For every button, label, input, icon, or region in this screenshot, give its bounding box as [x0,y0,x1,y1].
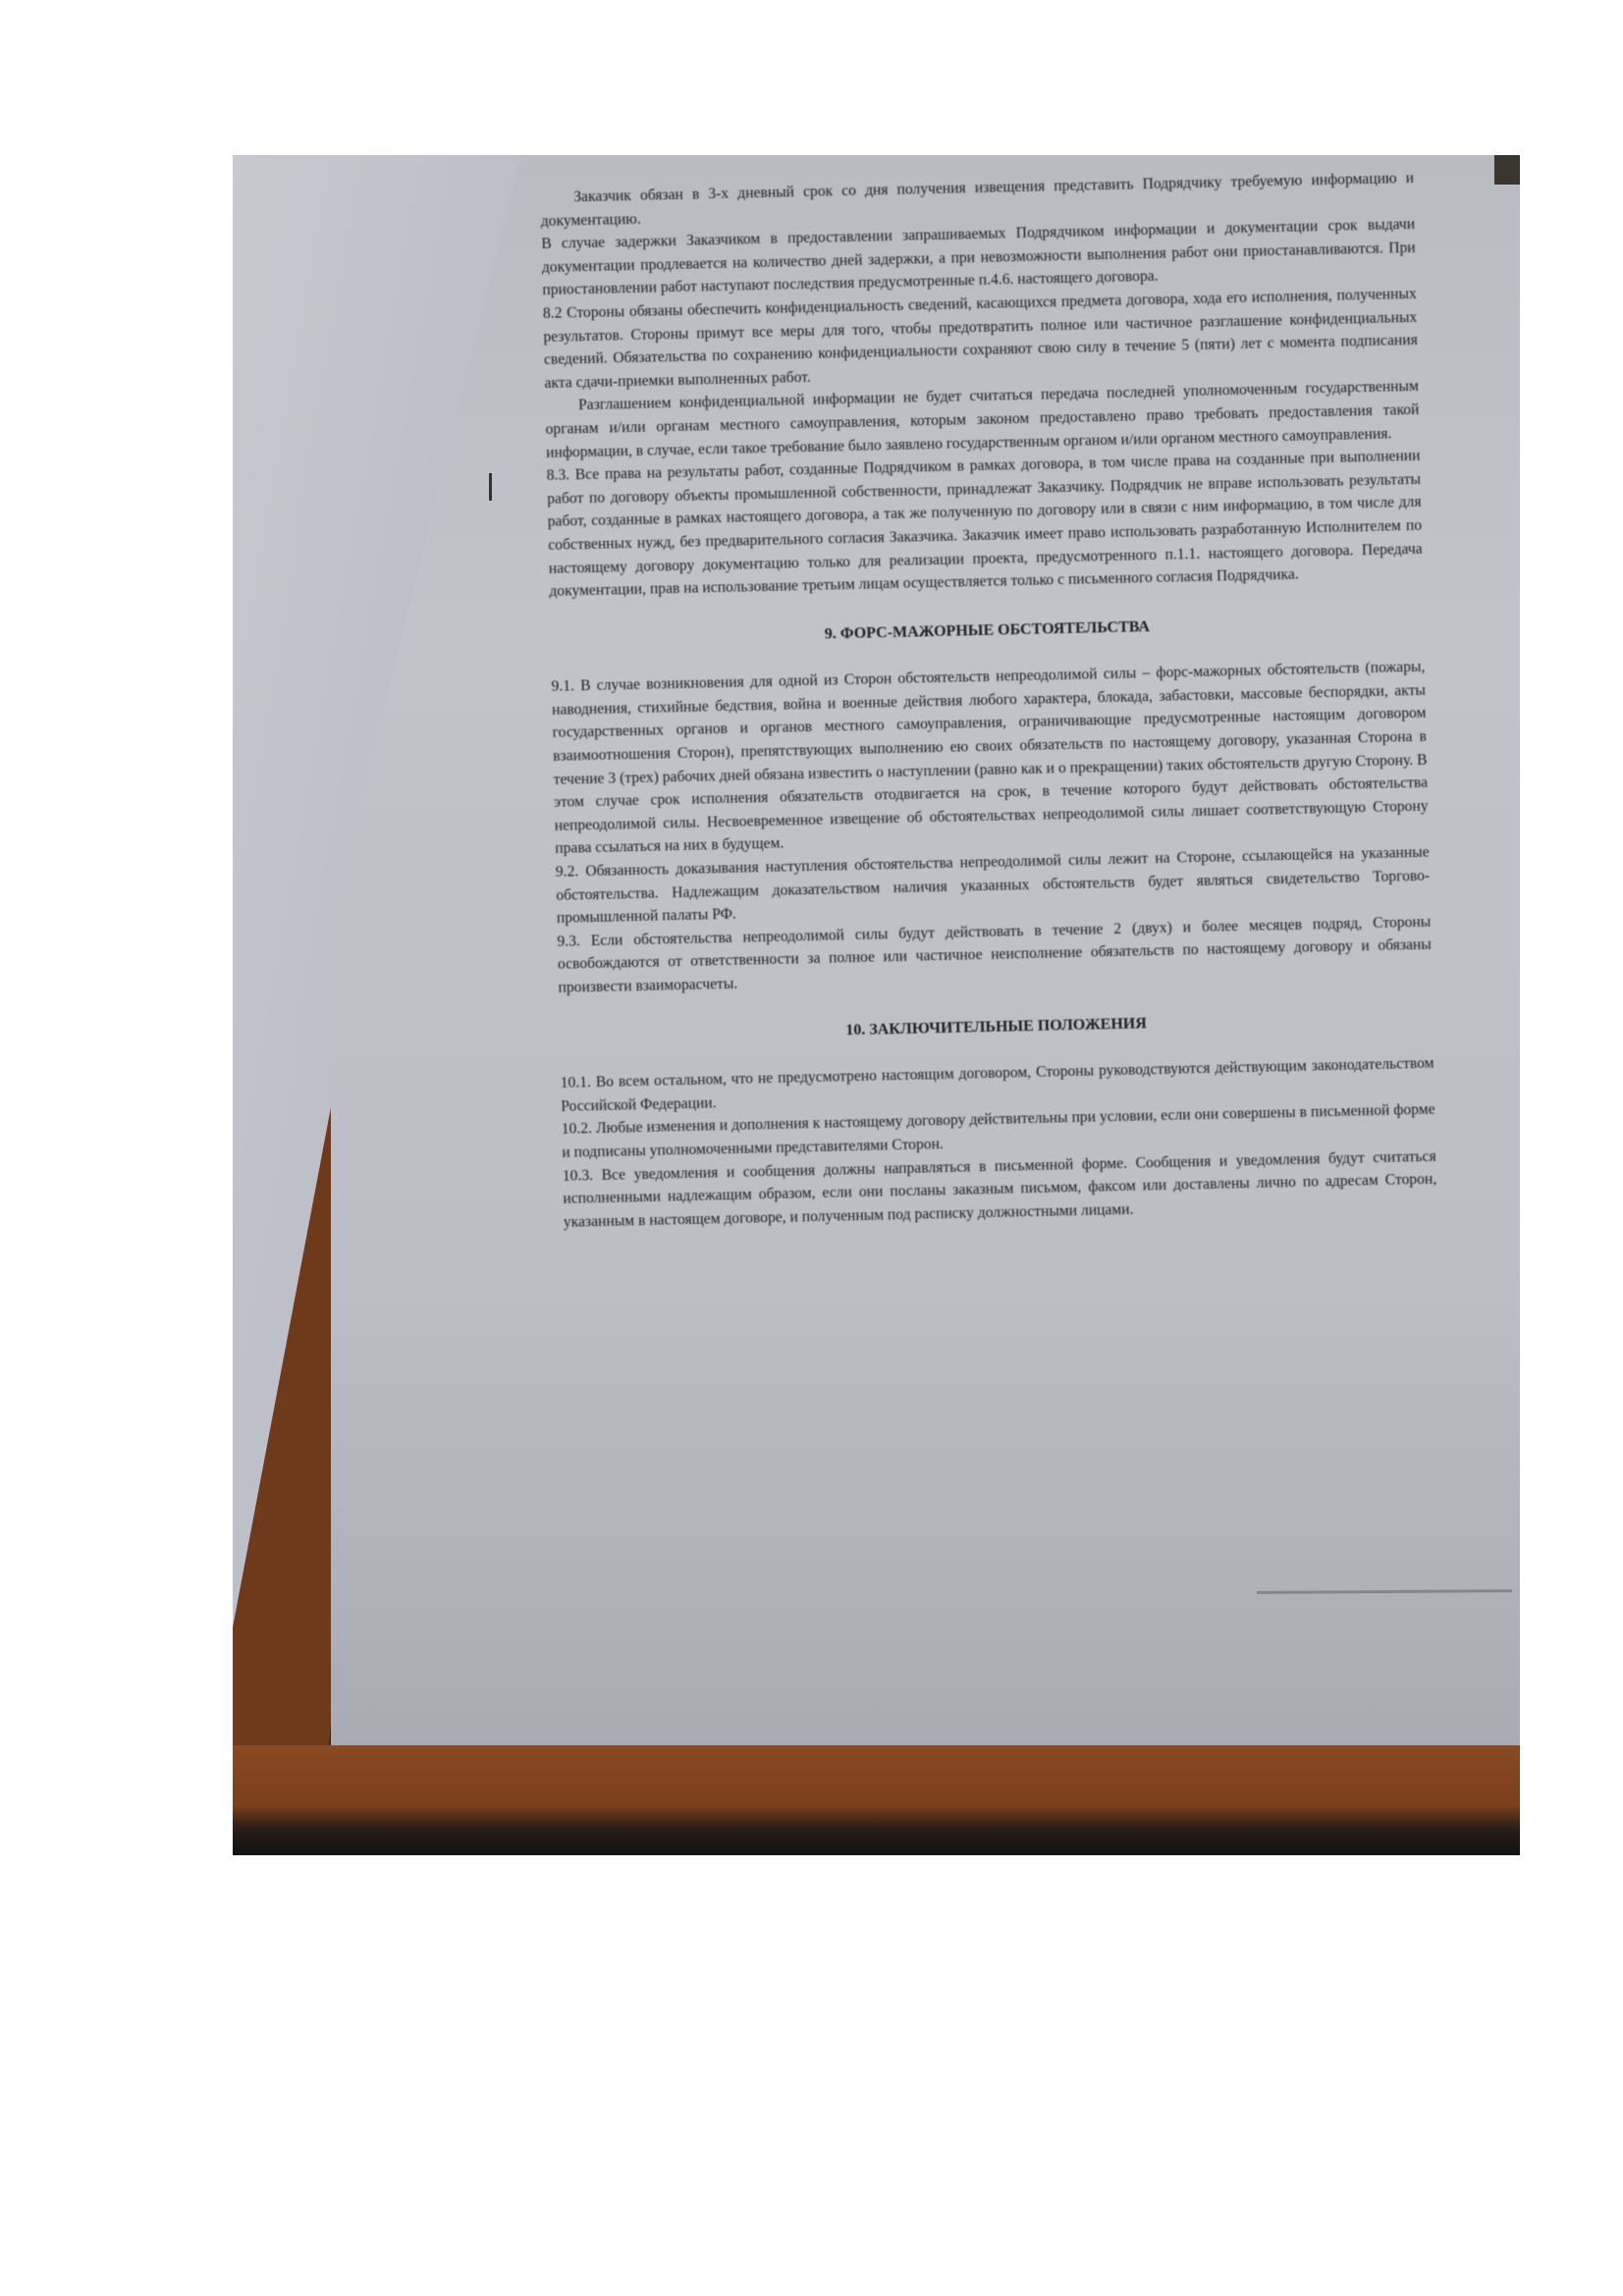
pen-mark [489,473,492,501]
clause-9-1: 9.1. В случае возникновения для одной из… [551,656,1429,861]
section-heading-10: 10. ЗАКЛЮЧИТЕЛЬНЫЕ ПОЛОЖЕНИЯ [559,1005,1433,1048]
desk-surface [233,1745,1520,1855]
document-body: Заказчик обязан в 3-х дневный срок со дн… [540,167,1437,1234]
corner-shadow [1494,155,1520,185]
paragraph: 8.3. Все права на результаты работ, созд… [546,445,1423,604]
section-heading-9: 9. ФОРС-МАЖОРНЫЕ ОБСТОЯТЕЛЬСТВА [550,609,1424,652]
